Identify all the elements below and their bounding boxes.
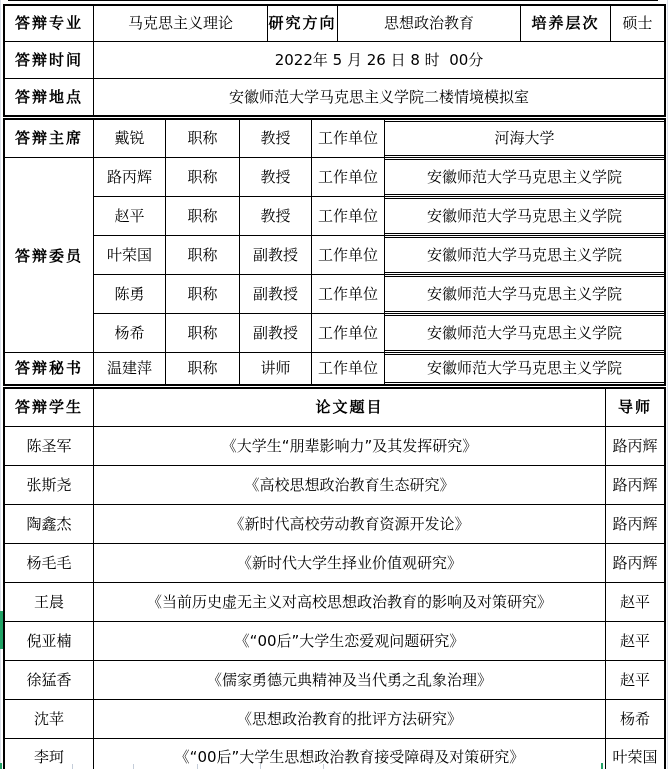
place-label: 答辩地点 (5, 79, 94, 115)
cutoff-row-border-top (8, 0, 658, 1)
grid-stub (323, 764, 324, 769)
secretary-unit: 安徽师范大学马克思主义学院 (385, 353, 664, 384)
title-label: 职称 (166, 197, 240, 235)
thesis-title: 《新时代大学生择业价值观研究》 (94, 544, 606, 582)
student-row: 李珂 《“00后”大学生思想政治教育接受障碍及对策研究》 叶荣国 (5, 739, 664, 769)
advisor-name: 赵平 (606, 622, 664, 660)
title-label: 职称 (166, 158, 240, 196)
info-row-place: 答辩地点 安徽师范大学马克思主义学院二楼情境模拟室 (5, 79, 664, 115)
unit-label: 工作单位 (312, 197, 385, 235)
level-label: 培养层次 (521, 6, 611, 41)
info-row-time: 答辩时间 2022年 5 月 26 日 8 时 00分 (5, 42, 664, 79)
chair-name: 戴锐 (94, 120, 166, 157)
member-row: 路丙辉 职称 教授 工作单位 安徽师范大学马克思主义学院 (94, 158, 664, 197)
member-name: 杨希 (94, 314, 166, 352)
collaborator-grid-stub (0, 763, 2, 769)
direction-value: 思想政治教育 (338, 6, 521, 41)
advisor-name: 路丙辉 (606, 544, 664, 582)
student-name: 张斯尧 (5, 466, 94, 504)
member-name: 叶荣国 (94, 236, 166, 274)
secretary-name: 温建萍 (94, 353, 166, 384)
thesis-title: 《新时代高校劳动教育资源开发论》 (94, 505, 606, 543)
member-unit: 安徽师范大学马克思主义学院 (385, 314, 664, 352)
direction-label: 研究方向 (268, 6, 338, 41)
thesis-title: 《高校思想政治教育生态研究》 (94, 466, 606, 504)
thesis-title: 《当前历史虚无主义对高校思想政治教育的影响及对策研究》 (94, 583, 606, 621)
member-name: 赵平 (94, 197, 166, 235)
student-name: 王晨 (5, 583, 94, 621)
secretary-row: 答辩秘书 温建萍 职称 讲师 工作单位 安徽师范大学马克思主义学院 (5, 353, 664, 384)
chair-unit: 河海大学 (385, 120, 664, 157)
student-name: 李珂 (5, 739, 94, 769)
member-unit: 安徽师范大学马克思主义学院 (385, 158, 664, 196)
thesis-title: 《“00后”大学生恋爱观问题研究》 (94, 622, 606, 660)
member-name: 陈勇 (94, 275, 166, 313)
thesis-col-header: 论文题目 (94, 389, 606, 426)
member-name: 路丙辉 (94, 158, 166, 196)
advisor-col-header: 导师 (606, 389, 664, 426)
major-value: 马克思主义理论 (94, 6, 268, 41)
unit-label: 工作单位 (312, 120, 385, 157)
info-row-major: 答辩专业 马克思主义理论 研究方向 思想政治教育 培养层次 硕士 (5, 6, 664, 42)
collaborator-cursor (0, 611, 3, 649)
student-row: 沈苹 《思想政治教育的批评方法研究》 杨希 (5, 700, 664, 739)
student-name: 徐猛香 (5, 661, 94, 699)
member-row: 杨希 职称 副教授 工作单位 安徽师范大学马克思主义学院 (94, 314, 664, 352)
member-title: 副教授 (240, 236, 312, 274)
grid-stub (133, 764, 134, 769)
student-name: 杨毛毛 (5, 544, 94, 582)
member-title: 副教授 (240, 275, 312, 313)
students-header-row: 答辩学生 论文题目 导师 (5, 389, 664, 427)
member-unit: 安徽师范大学马克思主义学院 (385, 275, 664, 313)
member-title: 教授 (240, 197, 312, 235)
secretary-title: 讲师 (240, 353, 312, 384)
student-row: 杨毛毛 《新时代大学生择业价值观研究》 路丙辉 (5, 544, 664, 583)
member-title: 教授 (240, 158, 312, 196)
thesis-title: 《思想政治教育的批评方法研究》 (94, 700, 606, 738)
committee-table: 答辩主席 戴锐 职称 教授 工作单位 河海大学 答辩委员 路丙辉 职称 教授 工… (3, 118, 666, 386)
unit-label: 工作单位 (312, 158, 385, 196)
time-value: 2022年 5 月 26 日 8 时 00分 (94, 42, 664, 78)
student-row: 陶鑫杰 《新时代高校劳动教育资源开发论》 路丙辉 (5, 505, 664, 544)
member-row: 赵平 职称 教授 工作单位 安徽师范大学马克思主义学院 (94, 197, 664, 236)
students-rows: 陈圣军 《大学生“朋辈影响力”及其发挥研究》 路丙辉 张斯尧 《高校思想政治教育… (5, 427, 664, 769)
level-value: 硕士 (611, 6, 664, 41)
member-row: 陈勇 职称 副教授 工作单位 安徽师范大学马克思主义学院 (94, 275, 664, 314)
unit-label: 工作单位 (312, 314, 385, 352)
grid-stub (72, 764, 73, 769)
title-label: 职称 (166, 236, 240, 274)
major-label: 答辩专业 (5, 6, 94, 41)
unit-label: 工作单位 (312, 236, 385, 274)
chair-label: 答辩主席 (5, 120, 94, 157)
member-unit: 安徽师范大学马克思主义学院 (385, 197, 664, 235)
student-name: 陈圣军 (5, 427, 94, 465)
title-label: 职称 (166, 353, 240, 384)
member-title: 副教授 (240, 314, 312, 352)
student-row: 徐猛香 《儒家勇德元典精神及当代勇之乱象治理》 赵平 (5, 661, 664, 700)
sheet-gridline-left (0, 0, 1, 769)
member-row: 叶荣国 职称 副教授 工作单位 安徽师范大学马克思主义学院 (94, 236, 664, 275)
unit-label: 工作单位 (312, 275, 385, 313)
students-table: 答辩学生 论文题目 导师 陈圣军 《大学生“朋辈影响力”及其发挥研究》 路丙辉 … (3, 387, 666, 769)
time-label: 答辩时间 (5, 42, 94, 78)
defense-schedule-page: 答辩专业 马克思主义理论 研究方向 思想政治教育 培养层次 硕士 答辩时间 20… (0, 0, 669, 769)
student-row: 张斯尧 《高校思想政治教育生态研究》 路丙辉 (5, 466, 664, 505)
advisor-name: 路丙辉 (606, 466, 664, 504)
student-row: 王晨 《当前历史虚无主义对高校思想政治教育的影响及对策研究》 赵平 (5, 583, 664, 622)
secretary-label: 答辩秘书 (5, 353, 94, 384)
student-col-header: 答辩学生 (5, 389, 94, 426)
student-row: 倪亚楠 《“00后”大学生恋爱观问题研究》 赵平 (5, 622, 664, 661)
student-name: 沈苹 (5, 700, 94, 738)
member-unit: 安徽师范大学马克思主义学院 (385, 236, 664, 274)
title-label: 职称 (166, 314, 240, 352)
chair-row: 答辩主席 戴锐 职称 教授 工作单位 河海大学 (5, 120, 664, 158)
chair-title: 教授 (240, 120, 312, 157)
advisor-name: 赵平 (606, 661, 664, 699)
student-row: 陈圣军 《大学生“朋辈影响力”及其发挥研究》 路丙辉 (5, 427, 664, 466)
thesis-title: 《“00后”大学生思想政治教育接受障碍及对策研究》 (94, 739, 606, 769)
thesis-title: 《儒家勇德元典精神及当代勇之乱象治理》 (94, 661, 606, 699)
student-name: 陶鑫杰 (5, 505, 94, 543)
collaborator-grid-stub (601, 763, 603, 769)
thesis-title: 《大学生“朋辈影响力”及其发挥研究》 (94, 427, 606, 465)
place-value: 安徽师范大学马克思主义学院二楼情境模拟室 (94, 79, 664, 115)
unit-label: 工作单位 (312, 353, 385, 384)
grid-stub (260, 764, 261, 769)
members-label: 答辩委员 (5, 158, 94, 352)
members-block: 答辩委员 路丙辉 职称 教授 工作单位 安徽师范大学马克思主义学院 赵平 职称 (5, 158, 664, 353)
advisor-name: 杨希 (606, 700, 664, 738)
advisor-name: 赵平 (606, 583, 664, 621)
sheet-gridline-right (667, 0, 668, 769)
title-label: 职称 (166, 275, 240, 313)
student-name: 倪亚楠 (5, 622, 94, 660)
advisor-name: 路丙辉 (606, 505, 664, 543)
advisor-name: 叶荣国 (606, 739, 664, 769)
members-rows: 路丙辉 职称 教授 工作单位 安徽师范大学马克思主义学院 赵平 职称 教授 工作… (94, 158, 664, 352)
title-label: 职称 (166, 120, 240, 157)
grid-stub (197, 764, 198, 769)
info-table: 答辩专业 马克思主义理论 研究方向 思想政治教育 培养层次 硕士 答辩时间 20… (3, 4, 666, 117)
advisor-name: 路丙辉 (606, 427, 664, 465)
